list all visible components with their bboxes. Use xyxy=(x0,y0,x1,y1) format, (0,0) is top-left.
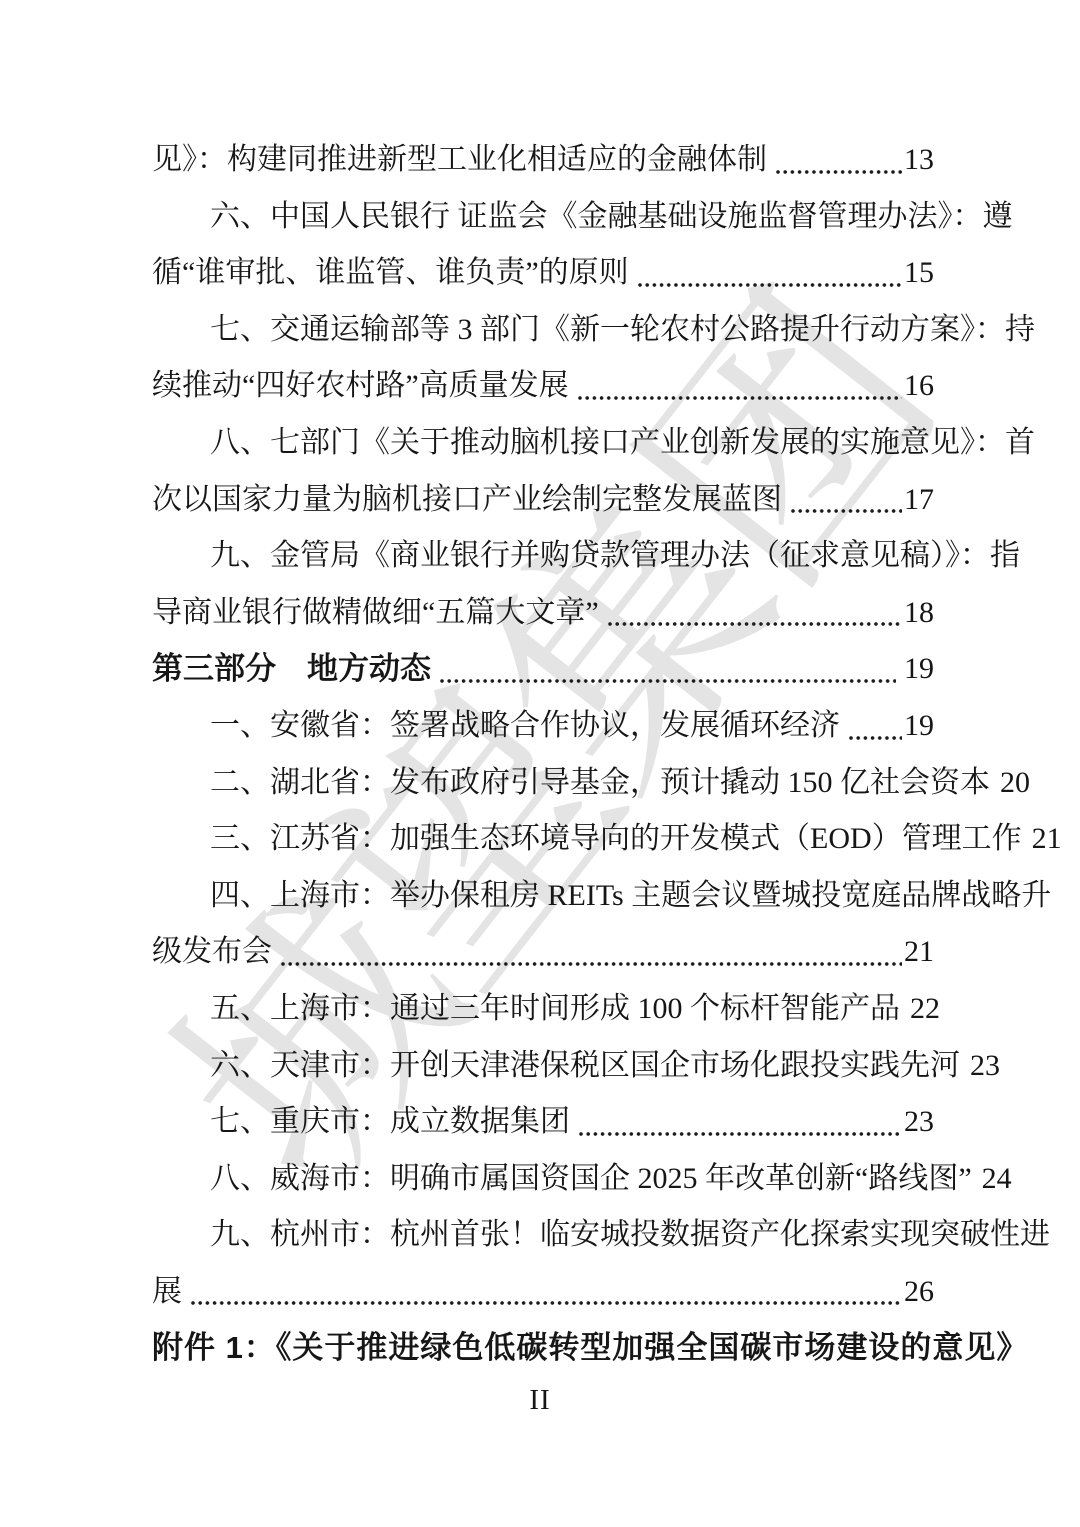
toc-page-number: 20 xyxy=(1000,755,1030,812)
toc-attachment-title: 附件 1：《关于推进绿色低碳转型加强全国碳市场建设的意见》 xyxy=(152,1320,1028,1377)
toc-entry-text: 导商业银行做精做细“五篇大文章” xyxy=(152,585,599,642)
dot-leader xyxy=(439,678,896,684)
toc-entry-text: 级发布会 xyxy=(152,924,272,981)
toc-page-number: 24 xyxy=(982,1151,1012,1208)
toc-entry-text: 八、威海市：明确市属国资国企 2025 年改革创新“路线图” xyxy=(210,1151,972,1208)
toc-entry-text: 九、金管局《商业银行并购贷款管理办法（征求意见稿）》：指 xyxy=(210,528,1020,585)
toc-page-number: 21 xyxy=(904,924,934,981)
toc-entry: 循“谁审批、谁监管、谁负责”的原则15 xyxy=(152,245,934,302)
toc-entry: 九、杭州市：杭州首张！临安城投数据资产化探索实现突破性进 xyxy=(152,1207,934,1264)
toc-page-number: 18 xyxy=(904,585,934,642)
toc-entry: 四、上海市：举办保租房 REITs 主题会议暨城投宽庭品牌战略升 xyxy=(152,868,934,925)
toc-page-number: 19 xyxy=(904,641,934,698)
toc-entry: 七、交通运输部等 3 部门《新一轮农村公路提升行动方案》：持 xyxy=(152,302,934,359)
toc-page-number: 17 xyxy=(904,472,934,529)
toc-page-number: 23 xyxy=(970,1038,1000,1095)
toc-entry: 八、威海市：明确市属国资国企 2025 年改革创新“路线图”24 xyxy=(152,1151,934,1208)
toc-entry-text: 九、杭州市：杭州首张！临安城投数据资产化探索实现突破性进 xyxy=(210,1207,1050,1264)
dot-leader xyxy=(848,735,902,741)
table-of-contents: 见》：构建同推进新型工业化相适应的金融体制13 六、中国人民银行 证监会《金融基… xyxy=(152,132,934,1377)
toc-entry: 导商业银行做精做细“五篇大文章”18 xyxy=(152,585,934,642)
toc-section-title: 第三部分 地方动态 xyxy=(152,641,431,698)
toc-page-number: 19 xyxy=(904,698,934,755)
toc-entry: 八、七部门《关于推动脑机接口产业创新发展的实施意见》：首 xyxy=(152,415,934,472)
toc-entry: 展26 xyxy=(152,1264,934,1321)
toc-page-number: 21 xyxy=(1032,811,1062,868)
toc-entry-text: 六、中国人民银行 证监会《金融基础设施监督管理办法》：遵 xyxy=(210,189,1013,246)
toc-entry: 一、安徽省：签署战略合作协议，发展循环经济19 xyxy=(152,698,934,755)
dot-leader xyxy=(637,282,902,288)
toc-entry: 三、江苏省：加强生态环境导向的开发模式（EOD）管理工作21 xyxy=(152,811,934,868)
toc-entry: 续推动“四好农村路”高质量发展16 xyxy=(152,358,934,415)
toc-entry-text: 见》：构建同推进新型工业化相适应的金融体制 xyxy=(152,132,767,189)
toc-entry-text: 三、江苏省：加强生态环境导向的开发模式（EOD）管理工作 xyxy=(210,811,1022,868)
toc-section-heading: 第三部分 地方动态19 xyxy=(152,641,934,698)
toc-entry: 二、湖北省：发布政府引导基金，预计撬动 150 亿社会资本20 xyxy=(152,755,934,812)
dot-leader xyxy=(577,395,902,401)
toc-entry-text: 二、湖北省：发布政府引导基金，预计撬动 150 亿社会资本 xyxy=(210,755,990,812)
toc-entry-text: 八、七部门《关于推动脑机接口产业创新发展的实施意见》：首 xyxy=(210,415,1035,472)
dot-leader xyxy=(607,621,902,627)
toc-attachment-heading: 附件 1：《关于推进绿色低碳转型加强全国碳市场建设的意见》 xyxy=(152,1320,934,1377)
toc-page-number: 22 xyxy=(910,981,940,1038)
toc-entry-text: 五、上海市：通过三年时间形成 100 个标杆智能产品 xyxy=(210,981,900,1038)
toc-entry-text: 六、天津市：开创天津港保税区国企市场化跟投实践先河 xyxy=(210,1038,960,1095)
dot-leader xyxy=(280,961,902,967)
toc-entry-text: 七、重庆市：成立数据集团 xyxy=(210,1094,570,1151)
toc-page-number: 23 xyxy=(904,1094,934,1151)
toc-entry: 级发布会21 xyxy=(152,924,934,981)
toc-entry-text: 七、交通运输部等 3 部门《新一轮农村公路提升行动方案》：持 xyxy=(210,302,1035,359)
toc-entry-text: 四、上海市：举办保租房 REITs 主题会议暨城投宽庭品牌战略升 xyxy=(210,868,1051,925)
dot-leader xyxy=(790,508,902,514)
toc-page-number: 26 xyxy=(904,1264,934,1321)
toc-entry-text: 次以国家力量为脑机接口产业绘制完整发展蓝图 xyxy=(152,472,782,529)
toc-entry-text: 一、安徽省：签署战略合作协议，发展循环经济 xyxy=(210,698,840,755)
toc-entry: 见》：构建同推进新型工业化相适应的金融体制13 xyxy=(152,132,934,189)
dot-leader xyxy=(190,1300,902,1306)
toc-entry: 五、上海市：通过三年时间形成 100 个标杆智能产品22 xyxy=(152,981,934,1038)
toc-entry: 六、中国人民银行 证监会《金融基础设施监督管理办法》：遵 xyxy=(152,189,934,246)
toc-entry: 次以国家力量为脑机接口产业绘制完整发展蓝图17 xyxy=(152,472,934,529)
toc-page-number: 15 xyxy=(904,245,934,302)
toc-page-number: 16 xyxy=(904,358,934,415)
toc-entry: 九、金管局《商业银行并购贷款管理办法（征求意见稿）》：指 xyxy=(152,528,934,585)
toc-page-number: 13 xyxy=(904,132,934,189)
toc-entry-text: 展 xyxy=(152,1264,182,1321)
toc-entry-text: 循“谁审批、谁监管、谁负责”的原则 xyxy=(152,245,629,302)
dot-leader xyxy=(578,1131,902,1137)
toc-entry: 七、重庆市：成立数据集团23 xyxy=(152,1094,934,1151)
page-number: II xyxy=(0,1384,1080,1417)
toc-entry: 六、天津市：开创天津港保税区国企市场化跟投实践先河23 xyxy=(152,1038,934,1095)
document-page: 城望集团 见》：构建同推进新型工业化相适应的金融体制13 六、中国人民银行 证监… xyxy=(0,0,1080,1527)
dot-leader xyxy=(775,169,902,175)
toc-entry-text: 续推动“四好农村路”高质量发展 xyxy=(152,358,569,415)
